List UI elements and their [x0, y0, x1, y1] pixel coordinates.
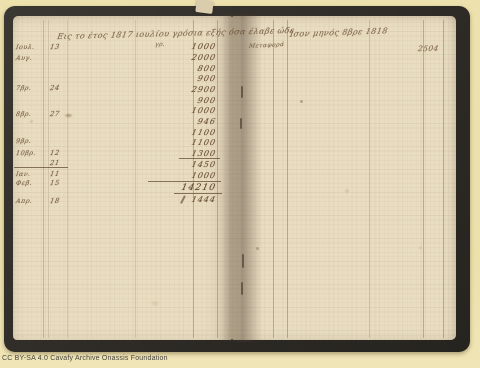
- total-rule-top: [148, 181, 221, 182]
- attribution-text: CC BY-SA 4.0 Cavafy Archive Onassis Foun…: [2, 355, 168, 362]
- carry-amount-value: 1444: [177, 195, 217, 204]
- amount-value: 900: [177, 74, 217, 83]
- entry-day: 24: [49, 84, 60, 92]
- amount-value: 1100: [177, 128, 217, 137]
- ruling-line-red: [423, 20, 424, 338]
- entry-day: 15: [49, 179, 60, 187]
- amount-value: 1000: [177, 171, 217, 180]
- subtotal-value: 14210: [177, 183, 217, 193]
- amount-value: 1000: [177, 42, 217, 51]
- folio-number: 2504: [417, 44, 439, 53]
- amount-value: 1100: [177, 138, 217, 147]
- currency-mark: γρ.: [154, 41, 165, 48]
- entry-month: 10βρ.: [15, 149, 36, 157]
- entry-month: Απρ.: [15, 197, 33, 205]
- date-subtotal-rule: [14, 167, 68, 168]
- stitch-mark: [242, 254, 244, 268]
- ruling-line-red: [217, 20, 218, 338]
- scan-background: Εις το έτος 1817 ιουλίου γρόσια εξής όσα…: [0, 0, 480, 368]
- ruling-line-vertical: [48, 20, 49, 338]
- cover-tear-notch: [195, 0, 213, 14]
- ruling-line-vertical: [43, 20, 44, 338]
- stitch-mark: [241, 282, 243, 295]
- entry-month: 7βρ.: [15, 84, 32, 92]
- entry-day: 21: [49, 159, 60, 167]
- entry-day: 13: [49, 43, 60, 51]
- total-rule-bottom: [174, 193, 222, 194]
- entry-day: 11: [49, 170, 60, 178]
- entry-day: 18: [49, 197, 60, 205]
- ruling-line-red: [287, 20, 288, 338]
- ruling-line-red: [443, 20, 444, 338]
- amount-value: 2000: [177, 53, 217, 62]
- ruling-line-vertical: [135, 20, 136, 338]
- stitch-mark: [240, 118, 242, 129]
- amount-value: 1300: [177, 149, 217, 158]
- ruling-line-red: [273, 20, 274, 338]
- entry-month: Ιουλ.: [15, 43, 35, 51]
- amount-value: 900: [177, 96, 217, 105]
- amount-value: 946: [177, 117, 217, 126]
- amount-value: 800: [177, 64, 217, 73]
- entry-day: 27: [49, 110, 60, 118]
- amount-value: 1000: [177, 106, 217, 115]
- entry-month: 8βρ.: [15, 110, 32, 118]
- amount-value: 2900: [177, 85, 217, 94]
- stitch-mark: [241, 86, 243, 98]
- entry-day: 12: [49, 149, 60, 157]
- amount-value: 1450: [177, 160, 217, 169]
- entry-month: Ιαν.: [15, 170, 31, 178]
- amount-underline: [179, 158, 220, 159]
- entry-month: 9βρ.: [15, 137, 32, 145]
- ruling-line-vertical: [67, 20, 68, 338]
- entry-month: Φεβ.: [15, 179, 33, 187]
- entry-month: Αυγ.: [15, 54, 33, 62]
- ruling-line-red: [369, 20, 370, 338]
